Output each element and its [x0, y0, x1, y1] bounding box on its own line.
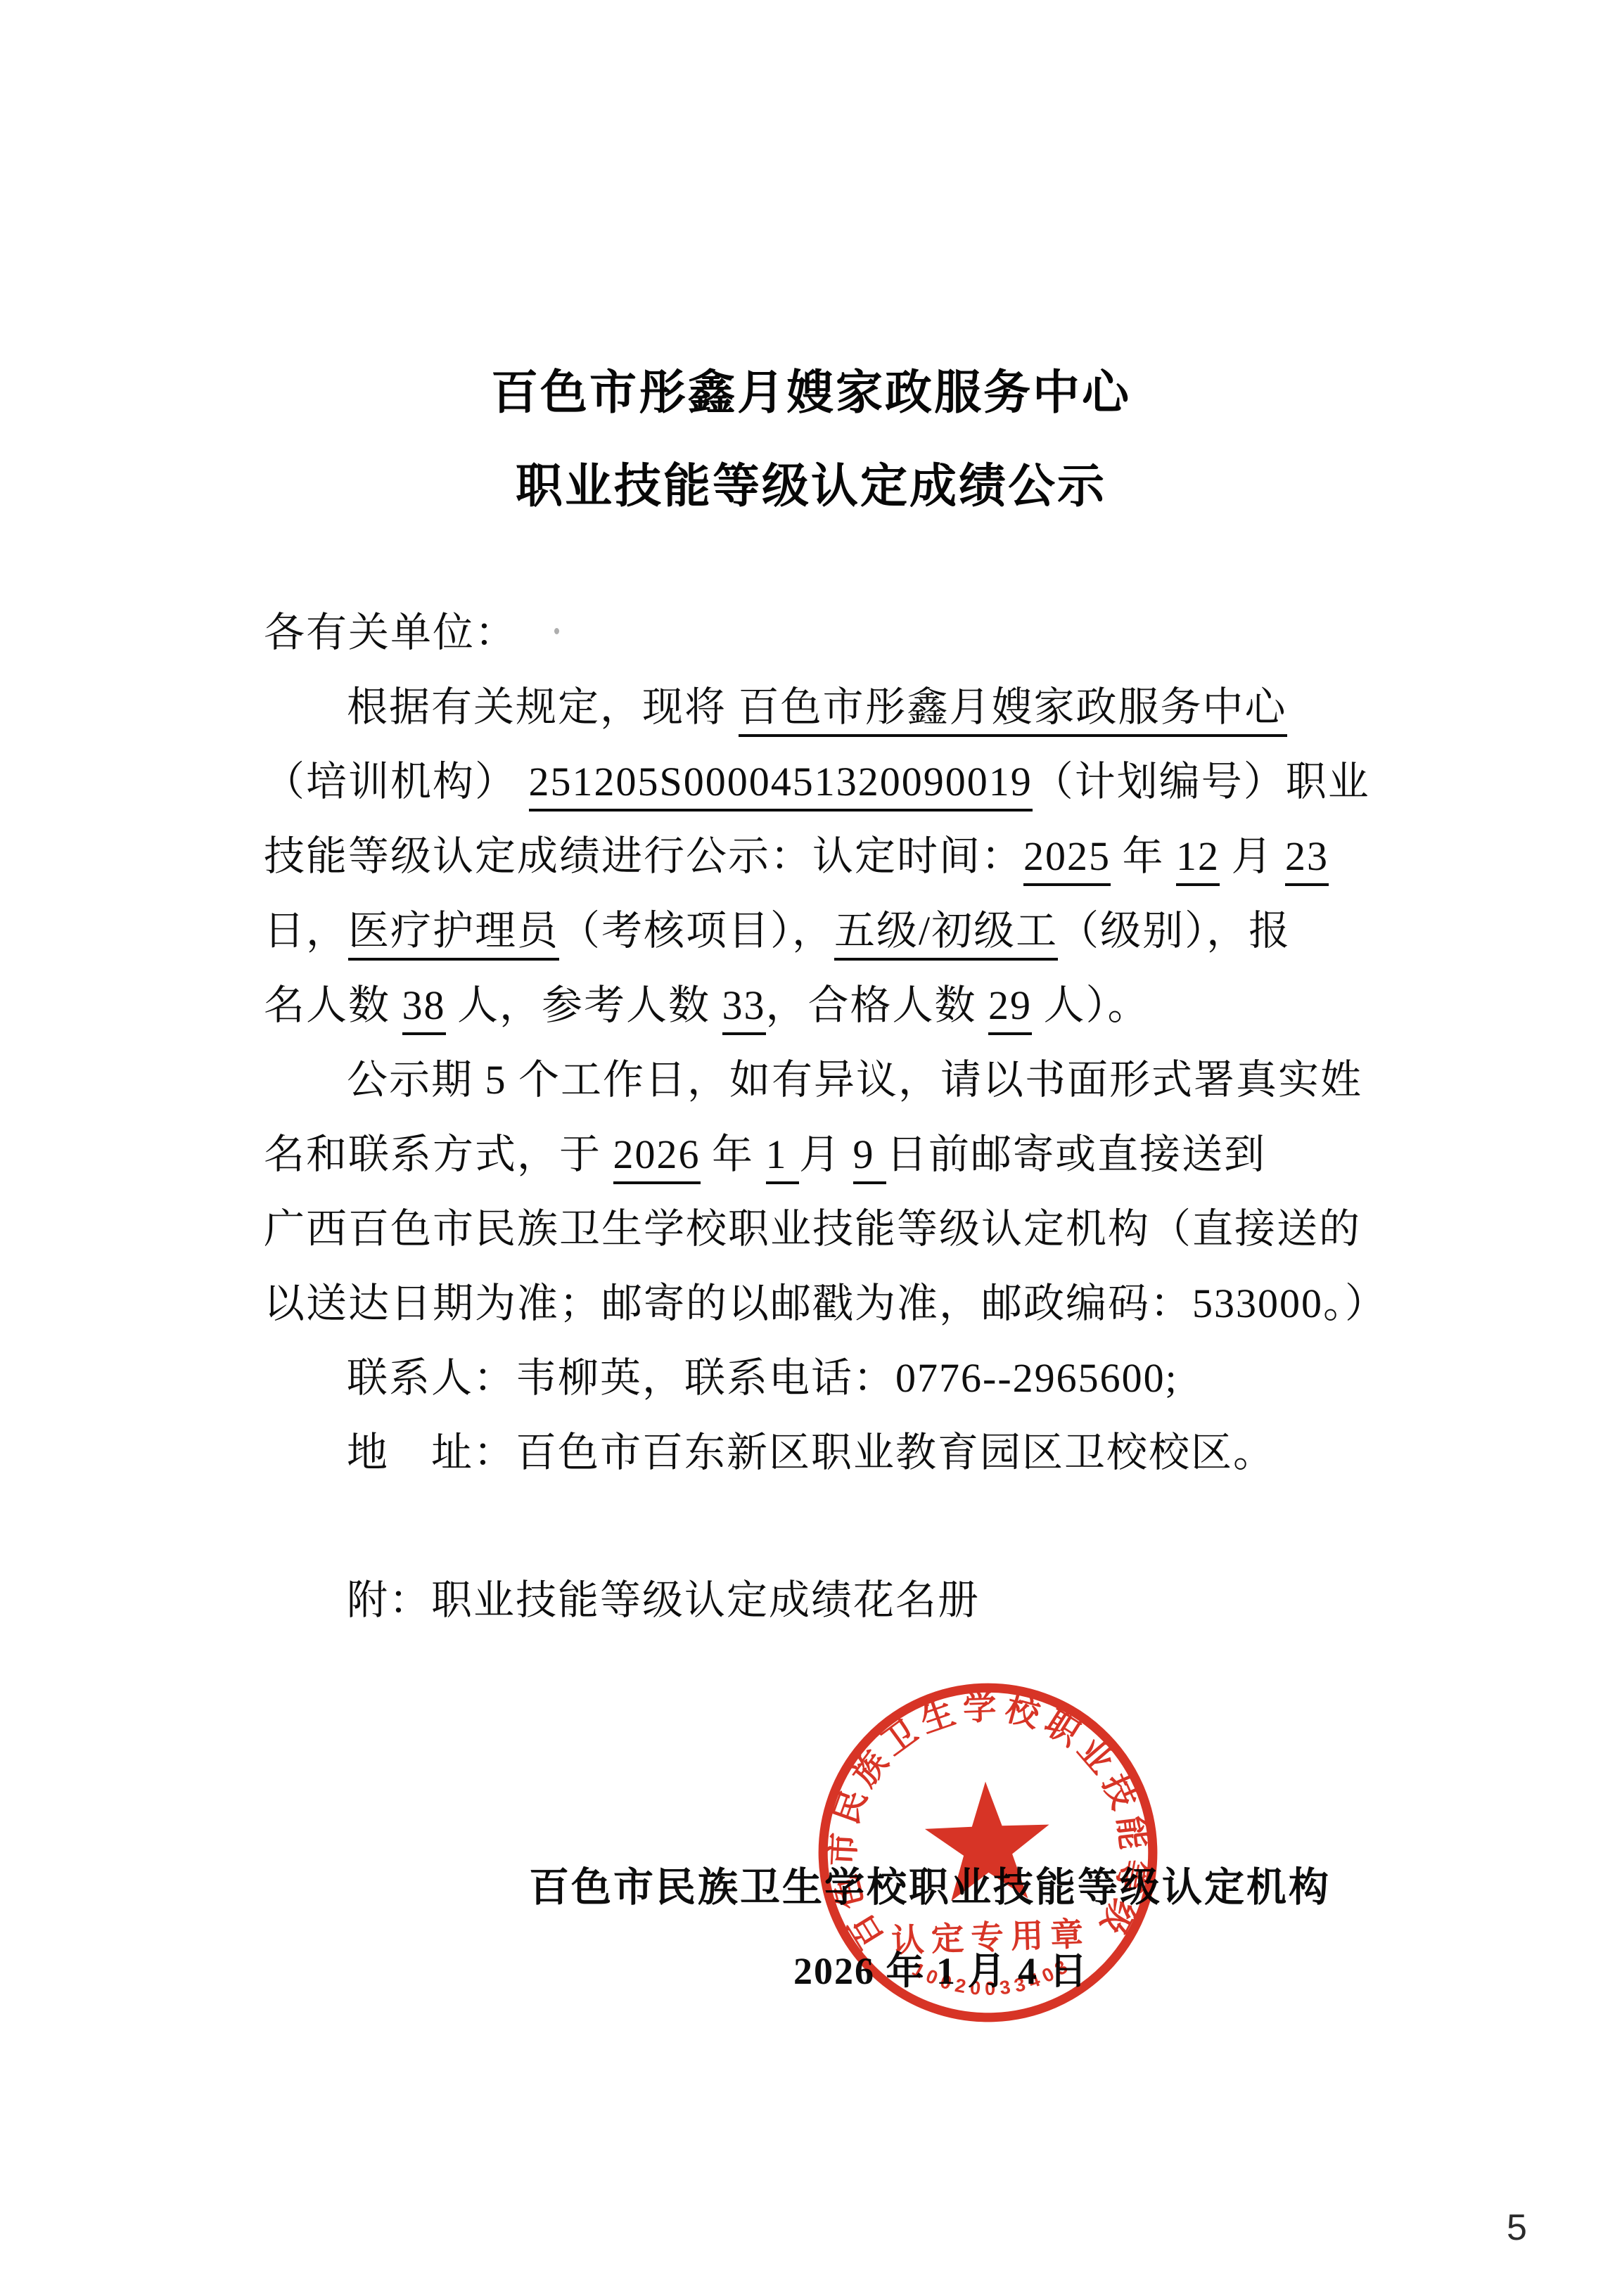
- text-run: 人，参考人数: [446, 982, 722, 1028]
- body-line: 名人数 38 人，参考人数 33，合格人数 29 人）。: [264, 972, 1379, 1031]
- document-title-line2: 职业技能等级认定成绩公示: [0, 449, 1622, 516]
- underlined-field: 12: [1176, 833, 1220, 886]
- text-run: ，合格人数: [766, 982, 989, 1028]
- body-line: 技能等级认定成绩进行公示：认定时间：2025 年 12 月 23: [264, 823, 1379, 882]
- body-line: 以送达日期为准；邮寄的以邮戳为准，邮政编码：533000。）: [264, 1270, 1379, 1329]
- text-run: 月: [1220, 833, 1285, 879]
- address-line: 地 址：百色市百东新区职业教育园区卫校校区。: [264, 1419, 1462, 1478]
- seal-serial-number: 10020033403: [908, 1953, 1076, 2002]
- text-run: （级别），报: [1058, 908, 1291, 954]
- seal-bottom-text: 认定专用章: [890, 1916, 1090, 1960]
- text-run: （培训机构）: [264, 759, 529, 804]
- contact-person-line: 联系人：韦柳英，联系电话：0776--2965600;: [264, 1345, 1462, 1404]
- text-run: 日前邮寄或直接送到: [886, 1131, 1266, 1177]
- text-run: 年: [701, 1131, 766, 1177]
- underlined-field: 23: [1285, 833, 1329, 886]
- body-line: 公示期 5 个工作日，如有异议，请以书面形式署真实姓: [264, 1046, 1462, 1105]
- seal-star-icon: [924, 1779, 1052, 1901]
- underlined-field: 2026: [613, 1131, 701, 1184]
- text-run: 附：职业技能等级认定成绩花名册: [347, 1577, 980, 1623]
- underlined-field: 百色市彤鑫月嫂家政服务中心: [739, 684, 1287, 737]
- body-line: 日，医疗护理员（考核项目），五级/初级工（级别），报: [264, 897, 1379, 956]
- body-line: 根据有关规定，现将 百色市彤鑫月嫂家政服务中心: [264, 674, 1462, 733]
- body-line: （培训机构） 251205S0000451320090019（计划编号）职业: [264, 748, 1379, 807]
- underlined-field: 五级/初级工: [834, 908, 1058, 961]
- underlined-field: 33: [722, 982, 766, 1035]
- underlined-field: 医疗护理员: [348, 908, 559, 961]
- text-run: 技能等级认定成绩进行公示：认定时间：: [264, 833, 1023, 879]
- text-run: 地 址：百色市百东新区职业教育园区卫校校区。: [347, 1430, 1275, 1475]
- underlined-field: 9: [853, 1131, 887, 1184]
- underlined-field: 29: [988, 982, 1032, 1035]
- text-run: （考核项目），: [559, 908, 834, 954]
- attachment-line: 附：职业技能等级认定成绩花名册: [264, 1567, 1462, 1626]
- official-seal: 百色市民族卫生学校职业技能等级 认定专用章 10020033403: [804, 1669, 1171, 2036]
- text-run: （计划编号）职业: [1033, 759, 1370, 804]
- text-run: 名人数: [264, 982, 402, 1028]
- text-run: 以送达日期为准；邮寄的以邮戳为准，邮政编码：533000。）: [264, 1281, 1387, 1326]
- document-title-line1: 百色市彤鑫月嫂家政服务中心: [0, 355, 1622, 423]
- page-number: 5: [1507, 2207, 1527, 2249]
- text-run: 名和联系方式，于: [264, 1131, 613, 1177]
- salutation: 各有关单位：: [264, 599, 1379, 658]
- text-run: 根据有关规定，现将: [347, 684, 739, 730]
- text-run: 各有关单位：: [264, 610, 517, 655]
- text-run: 人）。: [1032, 982, 1150, 1028]
- body-line: 名和联系方式，于 2026 年 1 月 9 日前邮寄或直接送到: [264, 1121, 1379, 1180]
- text-run: 月: [799, 1131, 853, 1177]
- body-line: 广西百色市民族卫生学校职业技能等级认定机构（直接送的: [264, 1195, 1379, 1255]
- underlined-field: 2025: [1023, 833, 1111, 886]
- text-run: 广西百色市民族卫生学校职业技能等级认定机构（直接送的: [264, 1206, 1361, 1252]
- text-run: 联系人：韦柳英，联系电话：0776--2965600;: [347, 1355, 1178, 1401]
- underlined-field: 38: [402, 982, 446, 1035]
- document-page: 百色市彤鑫月嫂家政服务中心 职业技能等级认定成绩公示 各有关单位： 根据有关规定…: [0, 0, 1622, 2296]
- text-run: 公示期 5 个工作日，如有异议，请以书面形式署真实姓: [347, 1057, 1362, 1103]
- scan-artifact-dot: [554, 628, 559, 634]
- underlined-field: 1: [766, 1131, 800, 1184]
- text-run: 年: [1111, 833, 1176, 879]
- text-run: 日，: [264, 908, 348, 954]
- underlined-field: 251205S0000451320090019: [529, 759, 1033, 812]
